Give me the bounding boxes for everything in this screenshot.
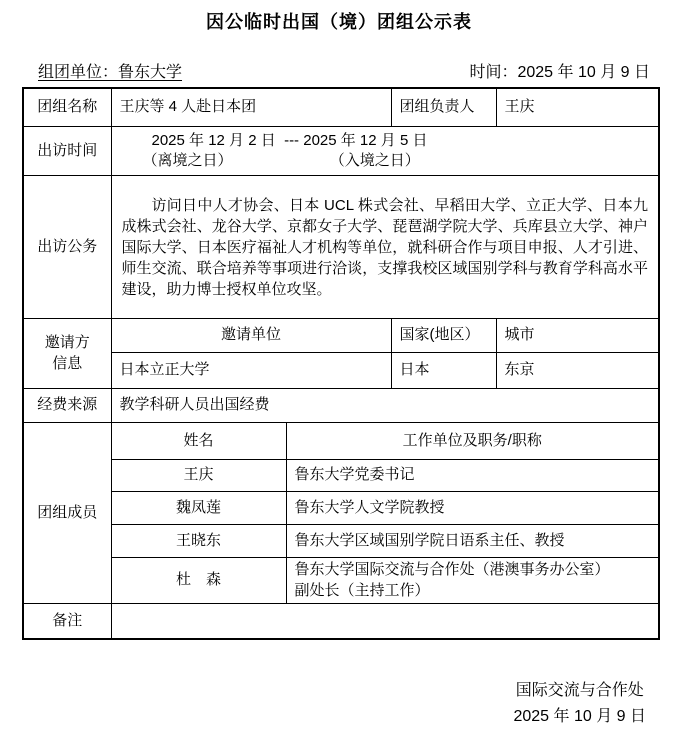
member-name: 王晓东 bbox=[111, 525, 286, 558]
visit-time-label: 出访时间 bbox=[23, 127, 111, 176]
country-value: 日本 bbox=[391, 353, 496, 389]
funding-value: 教学科研人员出国经费 bbox=[111, 389, 659, 423]
group-name-label: 团组名称 bbox=[23, 88, 111, 127]
city-value: 东京 bbox=[496, 353, 659, 389]
member-title: 鲁东大学人文学院教授 bbox=[286, 492, 659, 525]
meta-row: 组团单位：鲁东大学 时间：2025 年 10 月 9 日 bbox=[38, 59, 650, 82]
footer-block: 国际交流与合作处 2025 年 10 月 9 日 bbox=[513, 678, 646, 730]
entry-note: （入境之日） bbox=[330, 152, 420, 169]
visit-time-notes: （离境之日） （入境之日） bbox=[112, 151, 659, 171]
member-row: 魏凤莲 鲁东大学人文学院教授 bbox=[23, 492, 659, 525]
footer-date: 2025 年 10 月 9 日 bbox=[513, 704, 646, 730]
business-paragraph: 访问日中人才协会、日本 UCL 株式会社、早稻田大学、立正大学、日本九成株式会社… bbox=[122, 195, 649, 300]
leader-label: 团组负责人 bbox=[391, 88, 496, 127]
visit-time-value: 2025 年 12 月 2 日 --- 2025 年 12 月 5 日 （离境之… bbox=[111, 127, 659, 176]
member-row: 王庆 鲁东大学党委书记 bbox=[23, 460, 659, 492]
member-name-header: 姓名 bbox=[111, 423, 286, 460]
remarks-label: 备注 bbox=[23, 604, 111, 640]
row-group-name: 团组名称 王庆等 4 人赴日本团 团组负责人 王庆 bbox=[23, 88, 659, 127]
group-name-value: 王庆等 4 人赴日本团 bbox=[111, 88, 391, 127]
row-visit-time: 出访时间 2025 年 12 月 2 日 --- 2025 年 12 月 5 日… bbox=[23, 127, 659, 176]
business-value: 访问日中人才协会、日本 UCL 株式会社、早稻田大学、立正大学、日本九成株式会社… bbox=[111, 176, 659, 319]
member-row: 王晓东 鲁东大学区域国别学院日语系主任、教授 bbox=[23, 525, 659, 558]
member-name: 王庆 bbox=[111, 460, 286, 492]
member-name: 杜 森 bbox=[111, 558, 286, 604]
member-title: 鲁东大学党委书记 bbox=[286, 460, 659, 492]
member-row: 杜 森 鲁东大学国际交流与合作处（港澳事务办公室） 副处长（主持工作） bbox=[23, 558, 659, 604]
departure-note: （离境之日） bbox=[143, 152, 233, 169]
organizer-field: 组团单位：鲁东大学 bbox=[38, 59, 182, 82]
leader-value: 王庆 bbox=[496, 88, 659, 127]
row-remarks: 备注 bbox=[23, 604, 659, 640]
row-funding: 经费来源 教学科研人员出国经费 bbox=[23, 389, 659, 423]
notice-form-table: 团组名称 王庆等 4 人赴日本团 团组负责人 王庆 出访时间 2025 年 12… bbox=[22, 87, 660, 640]
remarks-value bbox=[111, 604, 659, 640]
footer-signature: 国际交流与合作处 2025 年 10 月 9 日 bbox=[0, 678, 678, 730]
row-inviter-data: 日本立正大学 日本 东京 bbox=[23, 353, 659, 389]
member-title: 鲁东大学区域国别学院日语系主任、教授 bbox=[286, 525, 659, 558]
member-title-header: 工作单位及职务/职称 bbox=[286, 423, 659, 460]
business-label: 出访公务 bbox=[23, 176, 111, 319]
row-members-header: 团组成员 姓名 工作单位及职务/职称 bbox=[23, 423, 659, 460]
visit-time-dates: 2025 年 12 月 2 日 --- 2025 年 12 月 5 日 bbox=[112, 131, 659, 151]
page-title: 因公临时出国（境）团组公示表 bbox=[0, 0, 678, 34]
inviter-unit-value: 日本立正大学 bbox=[111, 353, 391, 389]
funding-label: 经费来源 bbox=[23, 389, 111, 423]
city-header: 城市 bbox=[496, 319, 659, 353]
country-header: 国家(地区） bbox=[391, 319, 496, 353]
publish-date-field: 时间：2025 年 10 月 9 日 bbox=[469, 59, 650, 82]
inviter-info-label: 邀请方 信息 bbox=[23, 319, 111, 389]
footer-office: 国际交流与合作处 bbox=[513, 678, 646, 704]
row-inviter-header: 邀请方 信息 邀请单位 国家(地区） 城市 bbox=[23, 319, 659, 353]
row-business: 出访公务 访问日中人才协会、日本 UCL 株式会社、早稻田大学、立正大学、日本九… bbox=[23, 176, 659, 319]
member-title: 鲁东大学国际交流与合作处（港澳事务办公室） 副处长（主持工作） bbox=[286, 558, 659, 604]
inviter-unit-header: 邀请单位 bbox=[111, 319, 391, 353]
members-label: 团组成员 bbox=[23, 423, 111, 604]
member-name: 魏凤莲 bbox=[111, 492, 286, 525]
